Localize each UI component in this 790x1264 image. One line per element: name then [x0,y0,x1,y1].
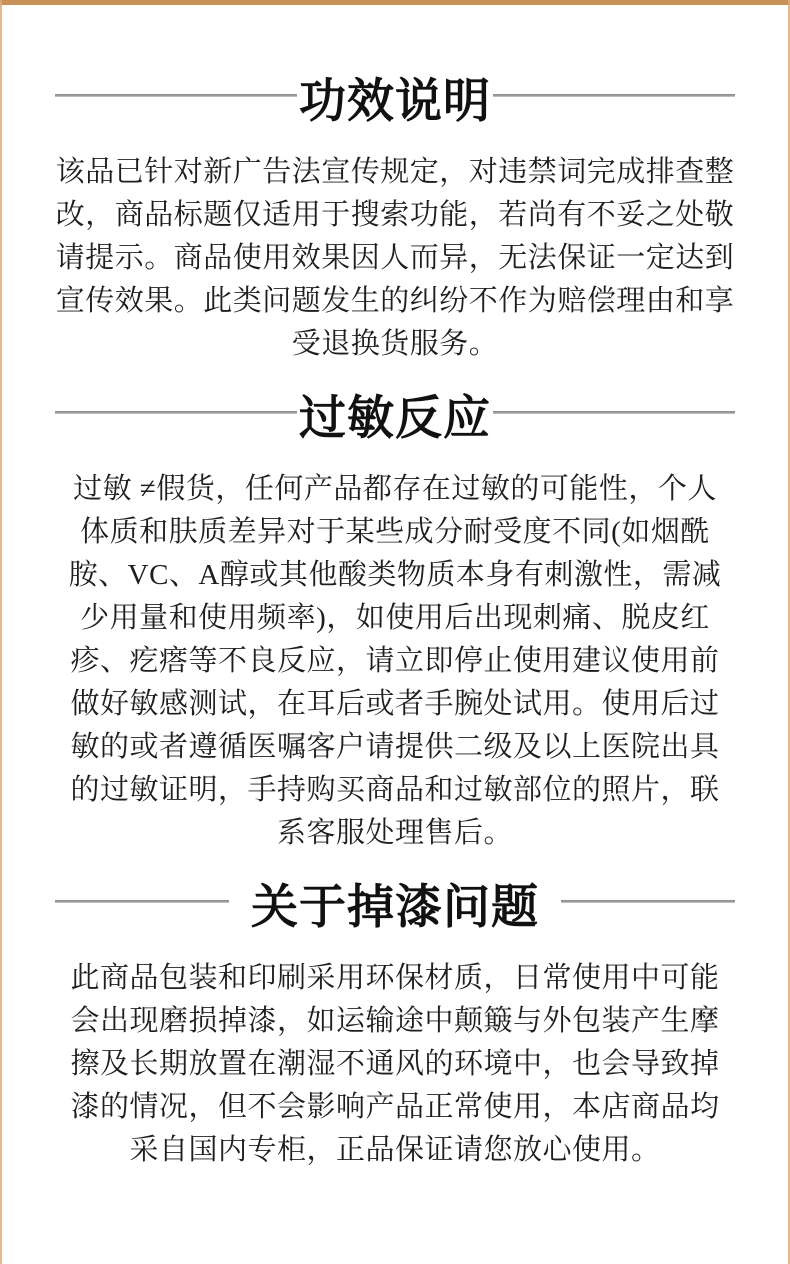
title-rule-right [561,900,735,903]
title-rule-left [55,411,297,414]
paint-peeling-title: 关于掉漆问题 [251,870,539,937]
title-rule-right [493,94,735,97]
title-rule-right [493,411,735,414]
title-rule-left [55,900,229,903]
notice-content: 功效说明 该品已针对新广告法宣传规定，对违禁词完成排查整 改，商品标题仅适用于搜… [0,0,790,1172]
efficacy-title: 功效说明 [299,64,491,131]
efficacy-body: 该品已针对新广告法宣传规定，对违禁词完成排查整 改，商品标题仅适用于搜索功能，若… [55,151,735,366]
allergy-title-row: 过敏反应 [55,386,735,442]
efficacy-title-row: 功效说明 [55,69,735,125]
section-allergy: 过敏反应 过敏 ≠假货，任何产品都存在过敏的可能性，个人 体质和肤质差异对于某些… [55,386,735,855]
paint-peeling-title-row: 关于掉漆问题 [55,875,735,931]
section-efficacy: 功效说明 该品已针对新广告法宣传规定，对违禁词完成排查整 改，商品标题仅适用于搜… [55,69,735,366]
allergy-body: 过敏 ≠假货，任何产品都存在过敏的可能性，个人 体质和肤质差异对于某些成分耐受度… [55,468,735,855]
allergy-title: 过敏反应 [299,381,491,448]
section-paint-peeling: 关于掉漆问题 此商品包装和印刷采用环保材质，日常使用中可能 会出现磨损掉漆，如运… [55,875,735,1172]
title-rule-left [55,94,297,97]
product-notice-page: 功效说明 该品已针对新广告法宣传规定，对违禁词完成排查整 改，商品标题仅适用于搜… [0,0,790,1264]
paint-peeling-body: 此商品包装和印刷采用环保材质，日常使用中可能 会出现磨损掉漆，如运输途中颠簸与外… [55,957,735,1172]
